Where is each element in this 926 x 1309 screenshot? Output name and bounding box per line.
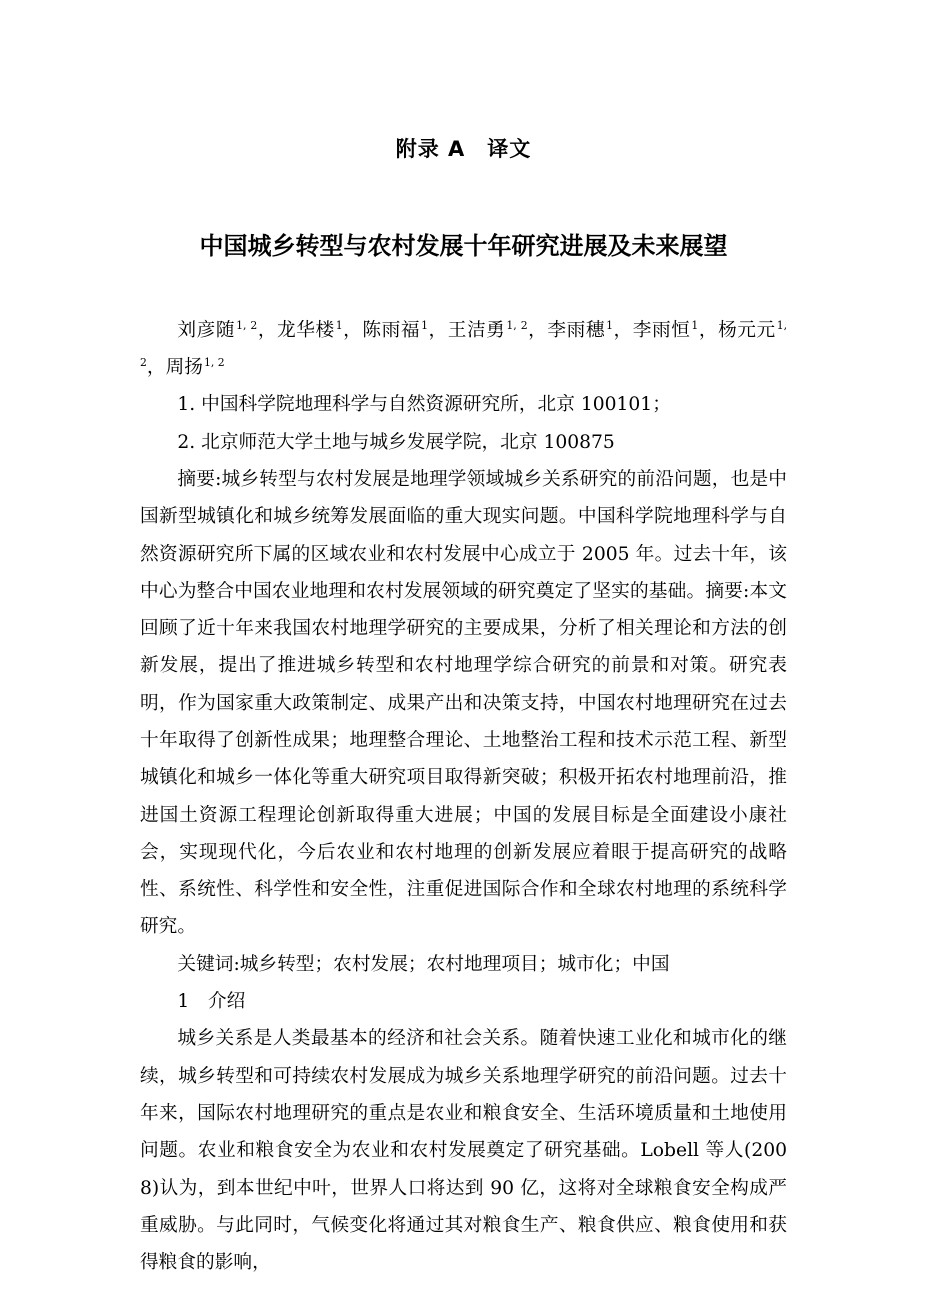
author-superscript: 1, 2	[505, 319, 527, 332]
document-page: 附录 A 译文 中国城乡转型与农村发展十年研究进展及未来展望 刘彦随1, 2，龙…	[0, 0, 926, 1309]
author-name: 龙华楼	[277, 320, 335, 341]
author-superscript: 1	[605, 319, 613, 332]
author-name: 陈雨福	[362, 320, 420, 341]
paper-title: 中国城乡转型与农村发展十年研究进展及未来展望	[140, 233, 787, 261]
author-name: 李雨恒	[633, 320, 691, 341]
author-superscript: 1, 2	[203, 356, 225, 369]
abstract-paragraph: 摘要:城乡转型与农村发展是地理学领域城乡关系研究的前沿问题，也是中国新型城镇化和…	[140, 461, 787, 946]
author-name: 王洁勇	[448, 320, 506, 341]
affiliation-2: 2. 北京师范大学土地与城乡发展学院，北京 100875	[140, 424, 787, 461]
affiliation-1: 1. 中国科学院地理科学与自然资源研究所，北京 100101；	[140, 386, 787, 423]
author-name: 李雨穗	[547, 320, 605, 341]
author-superscript: 1	[420, 319, 428, 332]
keywords-line: 关键词:城乡转型；农村发展；农村地理项目；城市化；中国	[140, 946, 787, 983]
appendix-title: 附录 A 译文	[140, 137, 787, 161]
author-superscript: 1	[335, 319, 343, 332]
author-name: 杨元元	[718, 320, 776, 341]
author-name: 刘彦随	[177, 320, 235, 341]
introduction-paragraph: 城乡关系是人类最基本的经济和社会关系。随着快速工业化和城市化的继续，城乡转型和可…	[140, 1020, 787, 1281]
section-heading-introduction: 1 介绍	[140, 983, 787, 1020]
author-superscript: 1	[690, 319, 698, 332]
author-superscript: 1, 2	[235, 319, 257, 332]
author-list: 刘彦随1, 2，龙华楼1，陈雨福1，王洁勇1, 2，李雨穗1，李雨恒1，杨元元1…	[140, 312, 787, 387]
author-name: 周扬	[166, 357, 203, 378]
